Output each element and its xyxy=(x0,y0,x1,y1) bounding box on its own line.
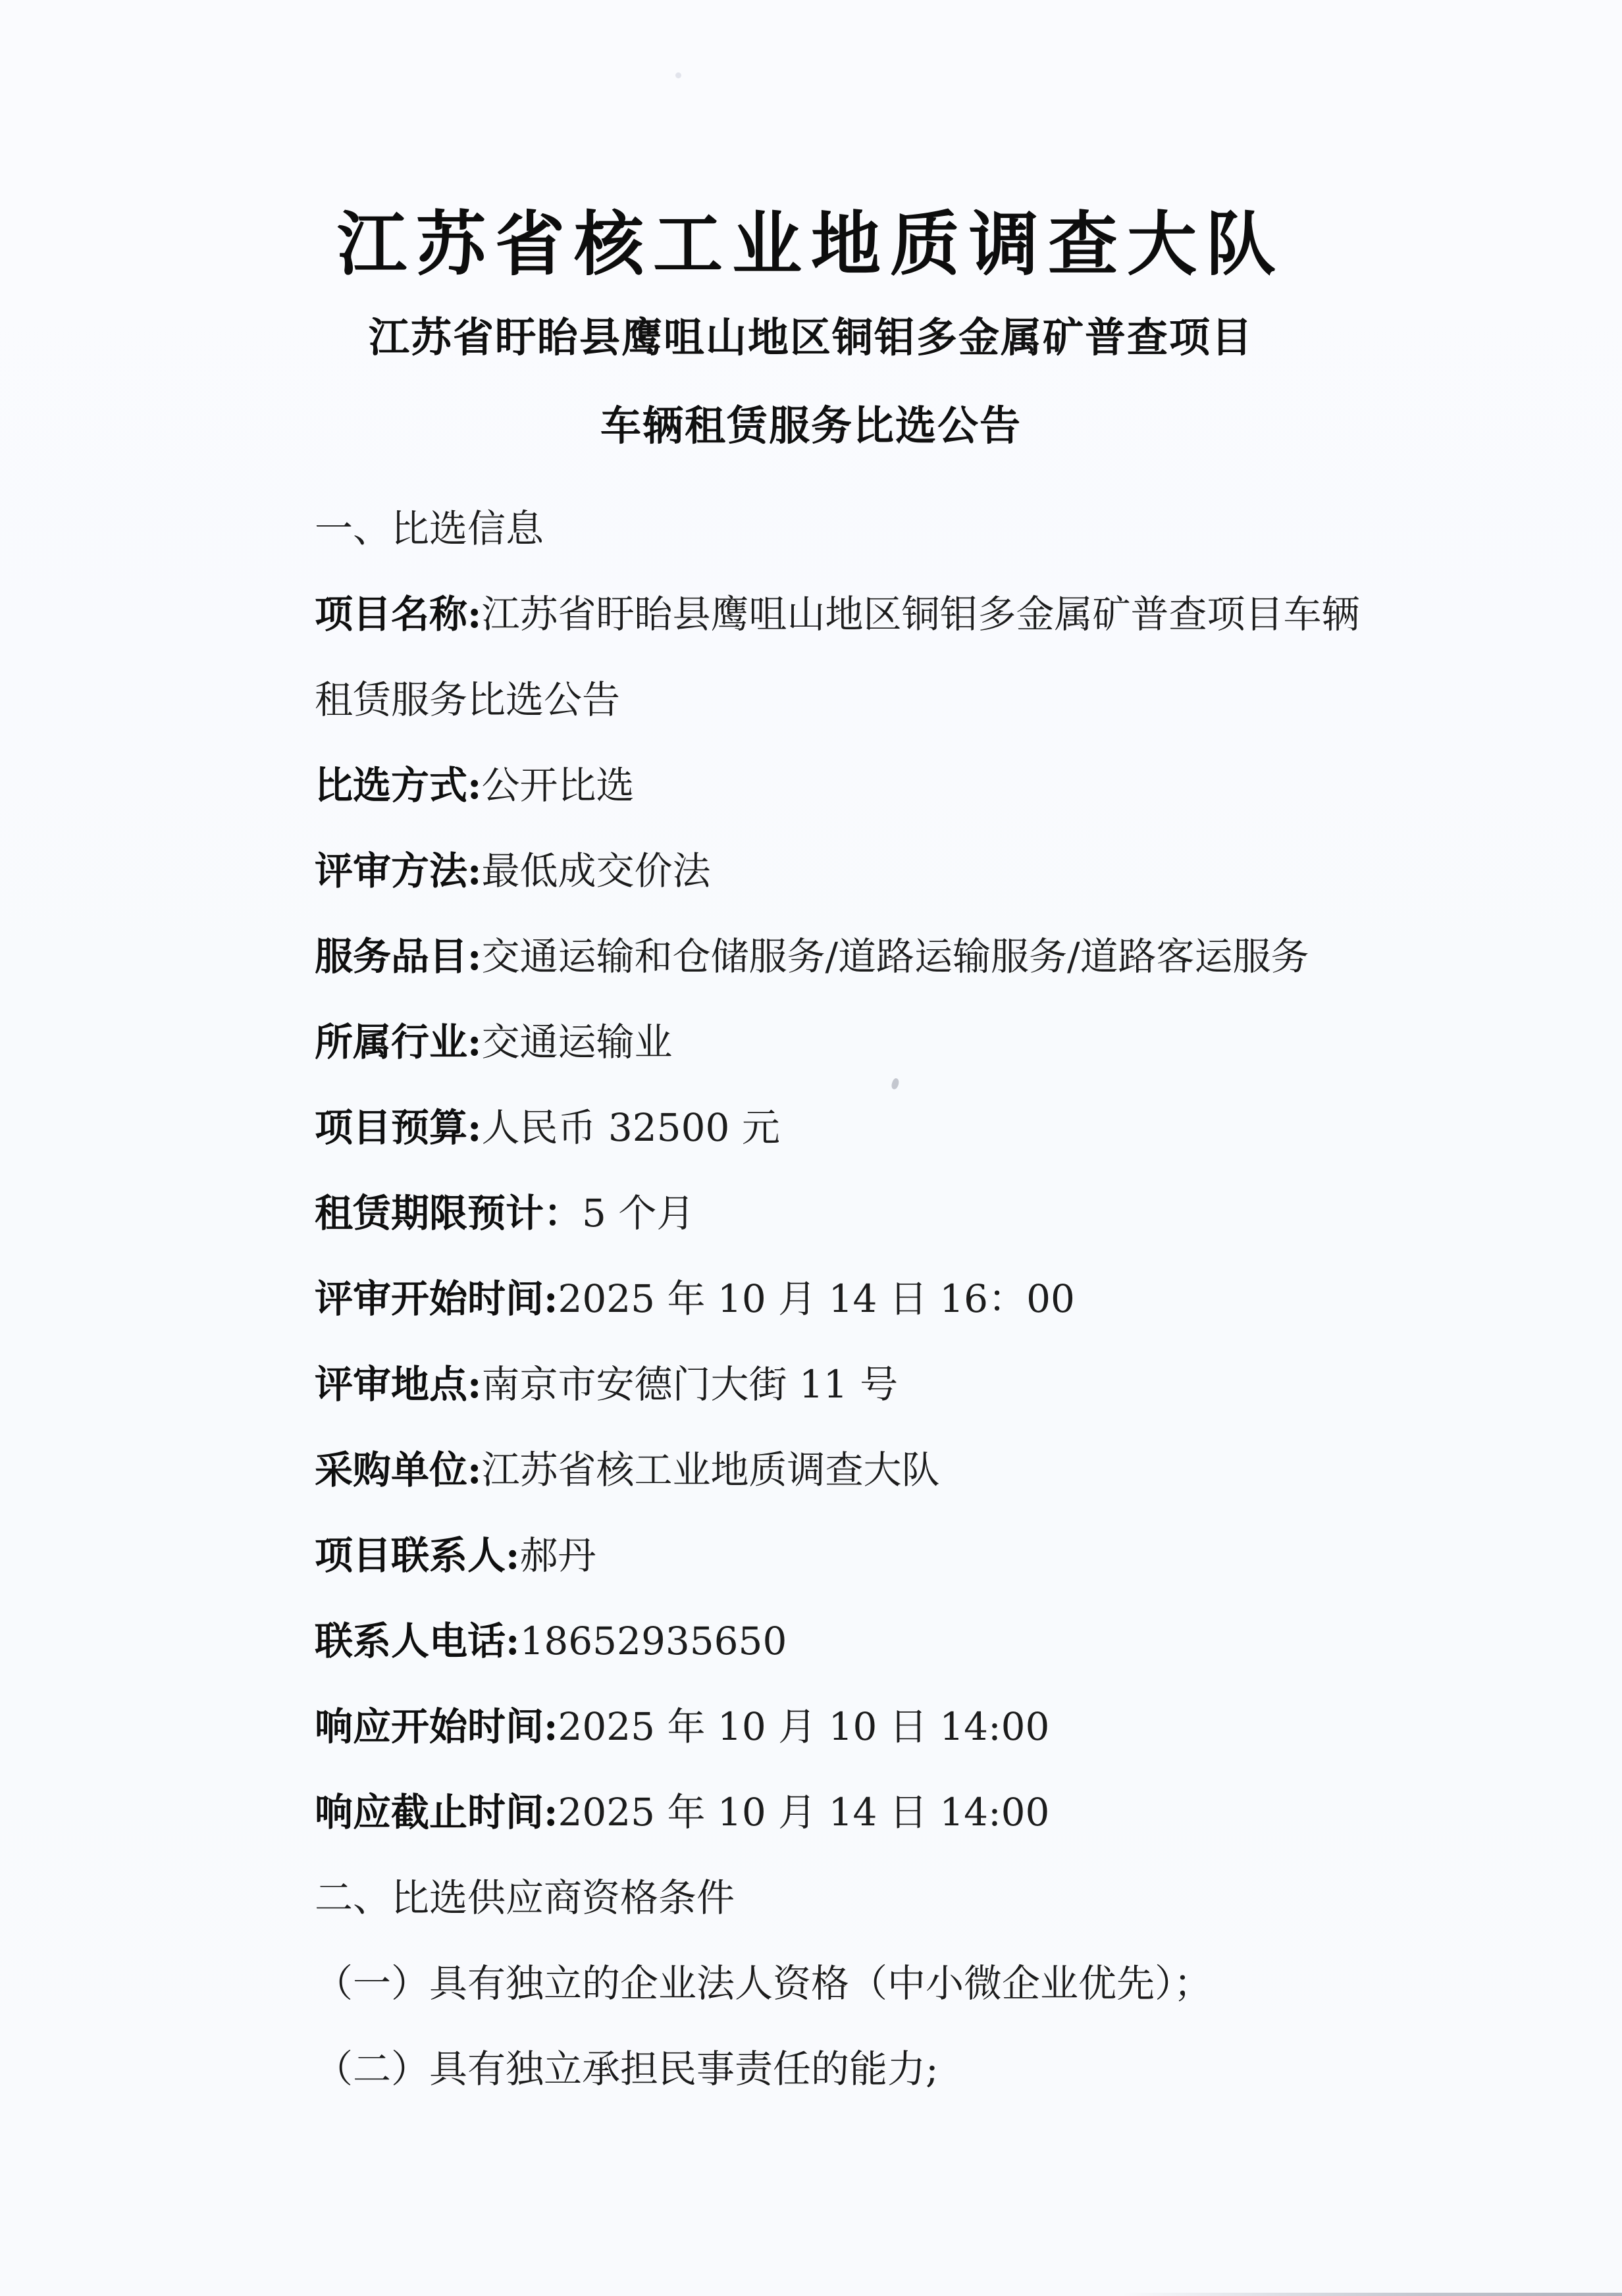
field-project-contact-label: 项目联系人: xyxy=(315,1533,519,1578)
field-industry-value: 交通运输业 xyxy=(481,1020,672,1064)
field-review-location-colon: : xyxy=(467,1362,481,1407)
field-lease-term-colon: ： xyxy=(544,1191,582,1236)
field-response-start-time: 响应开始时间:2025 年 10 月 10 日 14:00 xyxy=(315,1684,1407,1769)
section-2-heading-text: 二、比选供应商资格条件 xyxy=(315,1875,735,1920)
field-lease-term-label: 租赁期限预计： xyxy=(315,1191,582,1236)
field-budget-value: 人民币 32500 元 xyxy=(481,1105,779,1150)
field-review-start-time-value: 2025 年 10 月 14 日 16：00 xyxy=(558,1276,1074,1321)
field-service-category-label: 服务品目: xyxy=(315,934,481,979)
field-project-name: 项目名称:江苏省盱眙县鹰咀山地区铜钼多金属矿普查项目车辆 xyxy=(315,571,1407,657)
field-industry-label-text: 所属行业 xyxy=(315,1020,467,1064)
field-purchaser-label: 采购单位: xyxy=(315,1448,481,1492)
qualification-item-2: （二）具有独立承担民事责任的能力; xyxy=(315,2026,1407,2112)
qualification-item-1-text: （一）具有独立的企业法人资格（中小微企业优先）； xyxy=(315,1961,1212,2006)
field-purchaser-colon: : xyxy=(467,1448,481,1492)
field-contact-phone-label: 联系人电话: xyxy=(315,1619,519,1663)
field-response-deadline-value: 2025 年 10 月 14 日 14:00 xyxy=(558,1790,1049,1835)
field-service-category-value: 交通运输和仓储服务/道路运输服务/道路客运服务 xyxy=(481,934,1309,979)
field-service-category-label-text: 服务品目 xyxy=(315,934,467,979)
org-title: 江苏省核工业地质调查大队 xyxy=(0,209,1622,279)
field-project-name-label: 项目名称: xyxy=(315,592,481,637)
field-project-contact-colon: : xyxy=(506,1533,519,1578)
field-budget: 项目预算:人民币 32500 元 xyxy=(315,1085,1407,1170)
field-lease-term-value: 5 个月 xyxy=(582,1191,694,1236)
field-budget-label-text: 项目预算 xyxy=(315,1105,467,1150)
field-contact-phone-colon: : xyxy=(506,1619,519,1663)
field-review-method: 评审方法:最低成交价法 xyxy=(315,828,1407,914)
field-purchaser-label-text: 采购单位 xyxy=(315,1448,467,1492)
field-selection-method-colon: : xyxy=(467,763,481,808)
project-subtitle: 江苏省盱眙县鹰咀山地区铜钼多金属矿普查项目 xyxy=(0,317,1622,358)
section-1-heading-text: 一、比选信息 xyxy=(315,506,544,551)
field-lease-term: 租赁期限预计：5 个月 xyxy=(315,1170,1407,1256)
announcement-body: 一、比选信息项目名称:江苏省盱眙县鹰咀山地区铜钼多金属矿普查项目车辆租赁服务比选… xyxy=(315,486,1407,2112)
field-response-start-time-label-text: 响应开始时间 xyxy=(315,1704,544,1749)
field-project-name-label-text: 项目名称 xyxy=(315,592,467,637)
field-service-category-colon: : xyxy=(467,934,481,979)
field-industry: 所属行业:交通运输业 xyxy=(315,999,1407,1085)
qualification-item-2-text: （二）具有独立承担民事责任的能力; xyxy=(315,2047,939,2091)
document-page: { "page": { "background": "#fafbfe", "in… xyxy=(0,0,1622,2296)
field-selection-method-label: 比选方式: xyxy=(315,763,481,808)
field-contact-phone: 联系人电话:18652935650 xyxy=(315,1598,1407,1684)
field-review-method-label: 评审方法: xyxy=(315,848,481,893)
field-review-start-time-label: 评审开始时间: xyxy=(315,1276,558,1321)
field-selection-method-label-text: 比选方式 xyxy=(315,763,467,808)
field-review-method-colon: : xyxy=(467,848,481,893)
field-contact-phone-value: 18652935650 xyxy=(519,1619,787,1663)
field-contact-phone-label-text: 联系人电话 xyxy=(315,1619,506,1663)
field-service-category: 服务品目:交通运输和仓储服务/道路运输服务/道路客运服务 xyxy=(315,914,1407,999)
field-project-name-colon: : xyxy=(467,592,481,637)
field-industry-label: 所属行业: xyxy=(315,1020,481,1064)
field-response-deadline-label: 响应截止时间: xyxy=(315,1790,558,1835)
field-response-start-time-colon: : xyxy=(544,1704,558,1749)
field-project-name-continuation: 租赁服务比选公告 xyxy=(315,657,1407,743)
field-industry-colon: : xyxy=(467,1020,481,1064)
field-review-location-value: 南京市安德门大街 11 号 xyxy=(481,1362,898,1407)
field-project-contact: 项目联系人:郝丹 xyxy=(315,1513,1407,1598)
field-budget-colon: : xyxy=(467,1105,481,1150)
field-project-contact-label-text: 项目联系人 xyxy=(315,1533,506,1578)
field-review-start-time: 评审开始时间:2025 年 10 月 14 日 16：00 xyxy=(315,1256,1407,1342)
field-review-location-label: 评审地点: xyxy=(315,1362,481,1407)
field-selection-method: 比选方式:公开比选 xyxy=(315,743,1407,828)
field-review-method-value: 最低成交价法 xyxy=(481,848,710,893)
field-purchaser: 采购单位:江苏省核工业地质调查大队 xyxy=(315,1427,1407,1513)
notice-subtitle: 车辆租赁服务比选公告 xyxy=(0,405,1622,446)
field-response-start-time-label: 响应开始时间: xyxy=(315,1704,558,1749)
field-review-location-label-text: 评审地点 xyxy=(315,1362,467,1407)
field-review-start-time-label-text: 评审开始时间 xyxy=(315,1276,544,1321)
field-project-contact-value: 郝丹 xyxy=(519,1533,596,1578)
qualification-item-1: （一）具有独立的企业法人资格（中小微企业优先）； xyxy=(315,1941,1407,2026)
field-review-start-time-colon: : xyxy=(544,1276,558,1321)
field-review-location: 评审地点:南京市安德门大街 11 号 xyxy=(315,1342,1407,1427)
field-purchaser-value: 江苏省核工业地质调查大队 xyxy=(481,1448,939,1492)
section-1-heading: 一、比选信息 xyxy=(315,486,1407,571)
field-selection-method-value: 公开比选 xyxy=(481,763,634,808)
field-response-start-time-value: 2025 年 10 月 10 日 14:00 xyxy=(558,1704,1049,1749)
field-response-deadline-colon: : xyxy=(544,1790,558,1835)
field-budget-label: 项目预算: xyxy=(315,1105,481,1150)
field-review-method-label-text: 评审方法 xyxy=(315,848,467,893)
field-lease-term-label-text: 租赁期限预计 xyxy=(315,1191,544,1236)
scan-edge-artifact xyxy=(1122,2293,1622,2296)
scan-speck xyxy=(675,72,681,78)
field-response-deadline: 响应截止时间:2025 年 10 月 14 日 14:00 xyxy=(315,1769,1407,1855)
field-project-name-value: 江苏省盱眙县鹰咀山地区铜钼多金属矿普查项目车辆 xyxy=(481,592,1359,637)
section-2-heading: 二、比选供应商资格条件 xyxy=(315,1855,1407,1941)
field-response-deadline-label-text: 响应截止时间 xyxy=(315,1790,544,1835)
field-project-name-continuation-text: 租赁服务比选公告 xyxy=(315,677,620,722)
